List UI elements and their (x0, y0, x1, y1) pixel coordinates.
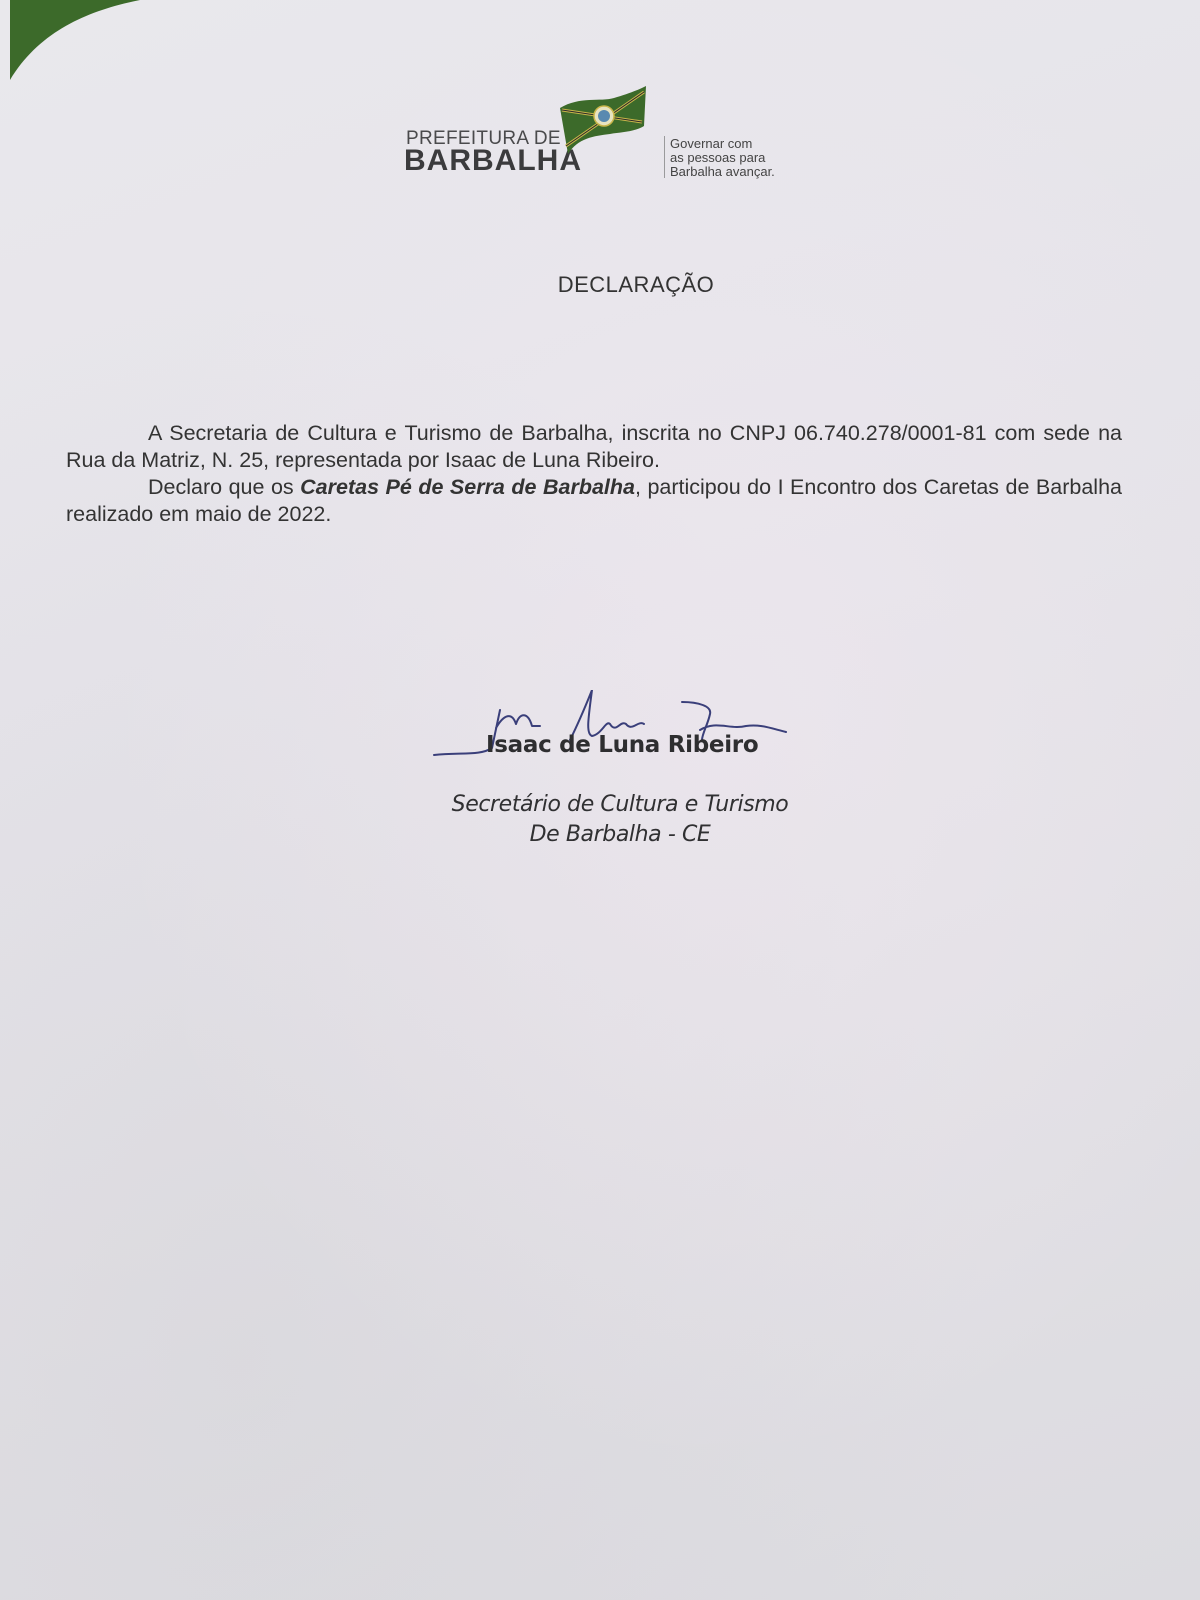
signer-role-line: De Barbalha - CE (420, 820, 820, 850)
handwritten-signature-icon (420, 690, 820, 770)
letterhead-logo: PREFEITURA DE BARBALHA Governar com as p… (400, 84, 800, 194)
declaration-lead: Declaro que os (148, 475, 300, 499)
document-body: A Secretaria de Cultura e Turismo de Bar… (66, 420, 1122, 528)
group-name: Caretas Pé de Serra de Barbalha (300, 475, 635, 499)
slogan-line: Governar com (670, 137, 775, 151)
signer-role: Secretário de Cultura e Turismo De Barba… (420, 790, 820, 850)
signer-role-line: Secretário de Cultura e Turismo (420, 790, 820, 820)
document-title: DECLARAÇÃO (0, 272, 1200, 298)
corner-swoosh-decoration (0, 0, 150, 90)
logo-divider (664, 136, 665, 178)
signature-block: Isaac de Luna Ribeiro Secretário de Cult… (420, 690, 840, 850)
signer-name: Isaac de Luna Ribeiro (486, 732, 758, 758)
logo-slogan: Governar com as pessoas para Barbalha av… (670, 137, 775, 179)
paragraph-institution: A Secretaria de Cultura e Turismo de Bar… (66, 420, 1122, 474)
paragraph-declaration: Declaro que os Caretas Pé de Serra de Ba… (66, 474, 1122, 528)
city-flag-icon (556, 86, 648, 156)
slogan-line: Barbalha avançar. (670, 165, 775, 179)
document-title-text: DECLARAÇÃO (558, 272, 715, 297)
slogan-line: as pessoas para (670, 151, 775, 165)
